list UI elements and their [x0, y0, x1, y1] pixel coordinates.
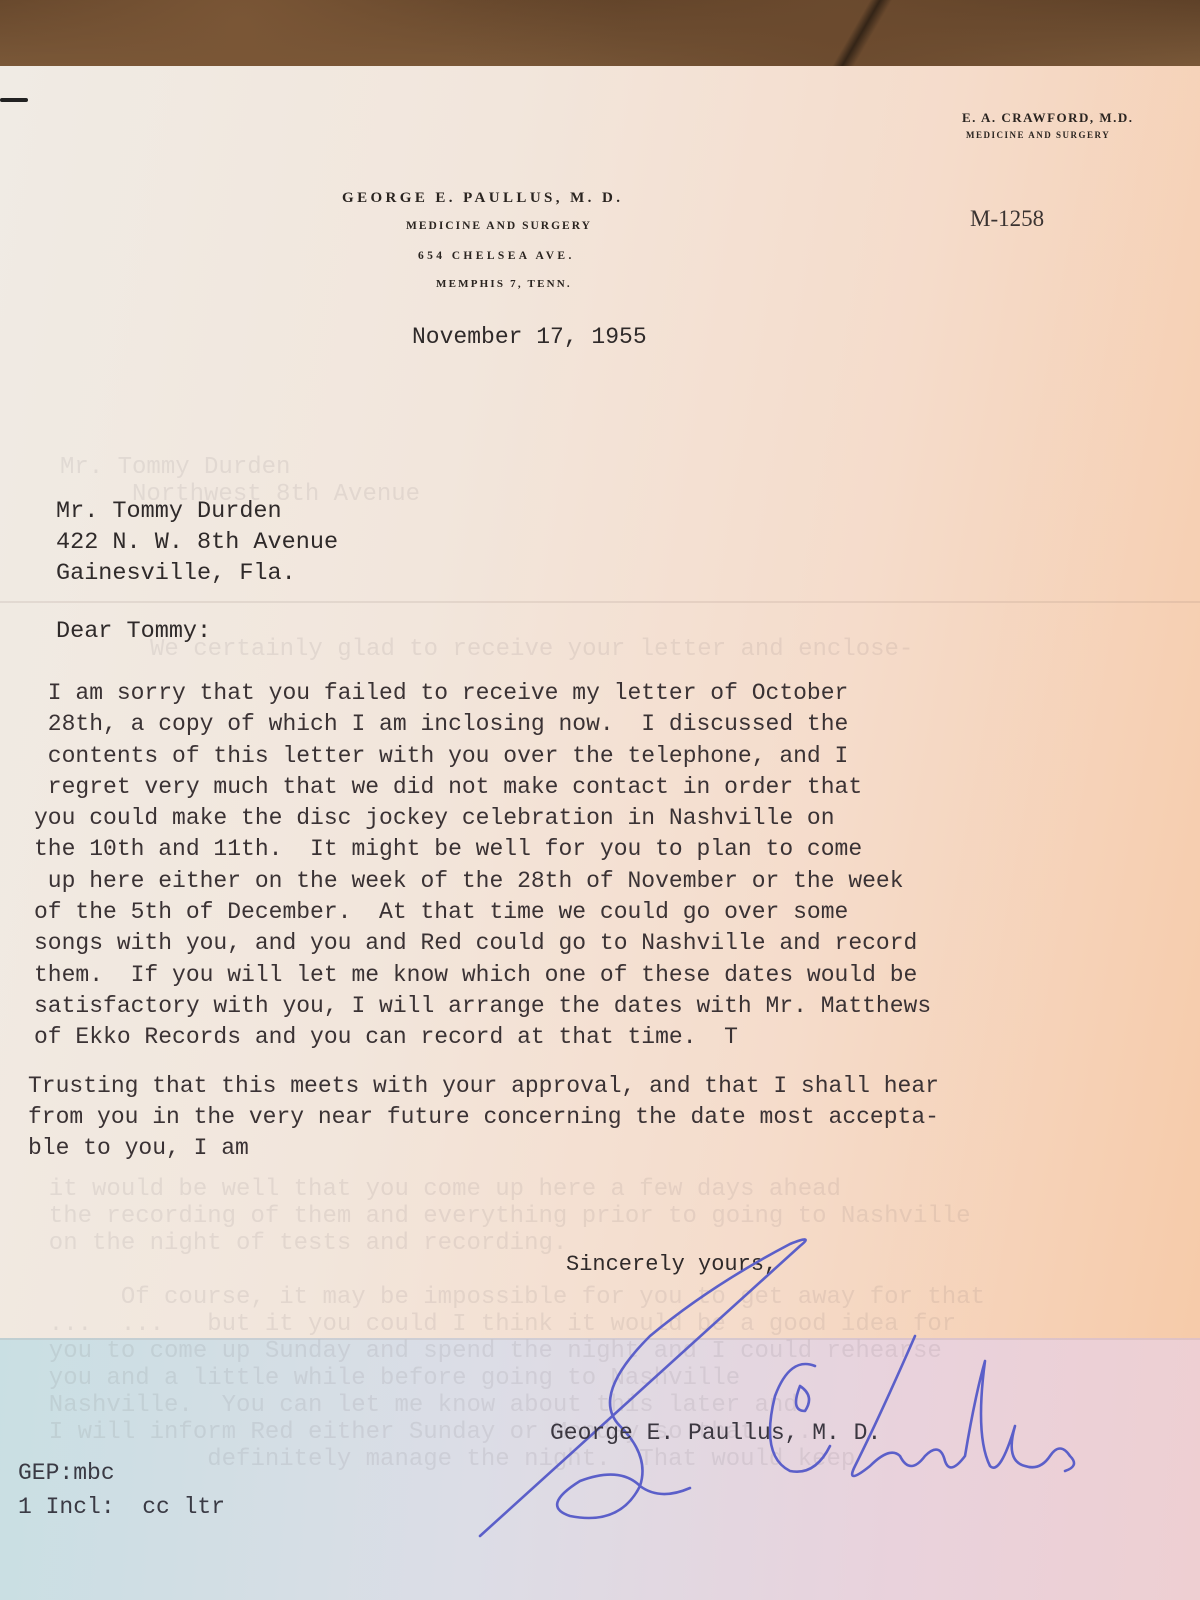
salutation: Dear Tommy: [56, 618, 211, 645]
table-surface [0, 0, 1200, 70]
letterhead-specialty: MEDICINE AND SURGERY [406, 220, 592, 232]
letterhead-name: GEORGE E. PAULLUS, M. D. [342, 190, 623, 207]
body-paragraph-2: Trusting that this meets with your appro… [28, 1071, 939, 1164]
letter-date: November 17, 1955 [412, 324, 647, 350]
edge-mark [0, 98, 28, 102]
handwritten-signature [470, 1226, 1110, 1546]
letterhead-address: 654 CHELSEA AVE. [418, 250, 575, 262]
fold-line [0, 601, 1200, 603]
typist-initials: GEP:mbc [18, 1456, 225, 1490]
reference-initials-block: GEP:mbc1 Incl: cc ltr [18, 1456, 225, 1524]
recipient-name: Mr. Tommy Durden [56, 496, 338, 527]
bleed-through-text: We certainly glad to receive your letter… [150, 636, 913, 663]
recipient-street: 422 N. W. 8th Avenue [56, 527, 338, 558]
body-paragraph-1: I am sorry that you failed to receive my… [34, 678, 931, 1054]
signer-name: George E. Paullus, M. D. [550, 1420, 881, 1446]
secondary-letterhead-specialty: MEDICINE AND SURGERY [966, 130, 1110, 140]
recipient-city: Gainesville, Fla. [56, 558, 338, 589]
letterhead-city: MEMPHIS 7, TENN. [436, 278, 572, 290]
secondary-letterhead-name: E. A. CRAWFORD, M.D. [962, 110, 1134, 126]
enclosure-note: 1 Incl: cc ltr [18, 1490, 225, 1524]
recipient-address: Mr. Tommy Durden422 N. W. 8th AvenueGain… [56, 496, 338, 589]
reference-number: M-1258 [970, 206, 1044, 232]
letter-paper: Mr. Tommy Durden Northwest 8th Avenue We… [0, 66, 1200, 1600]
